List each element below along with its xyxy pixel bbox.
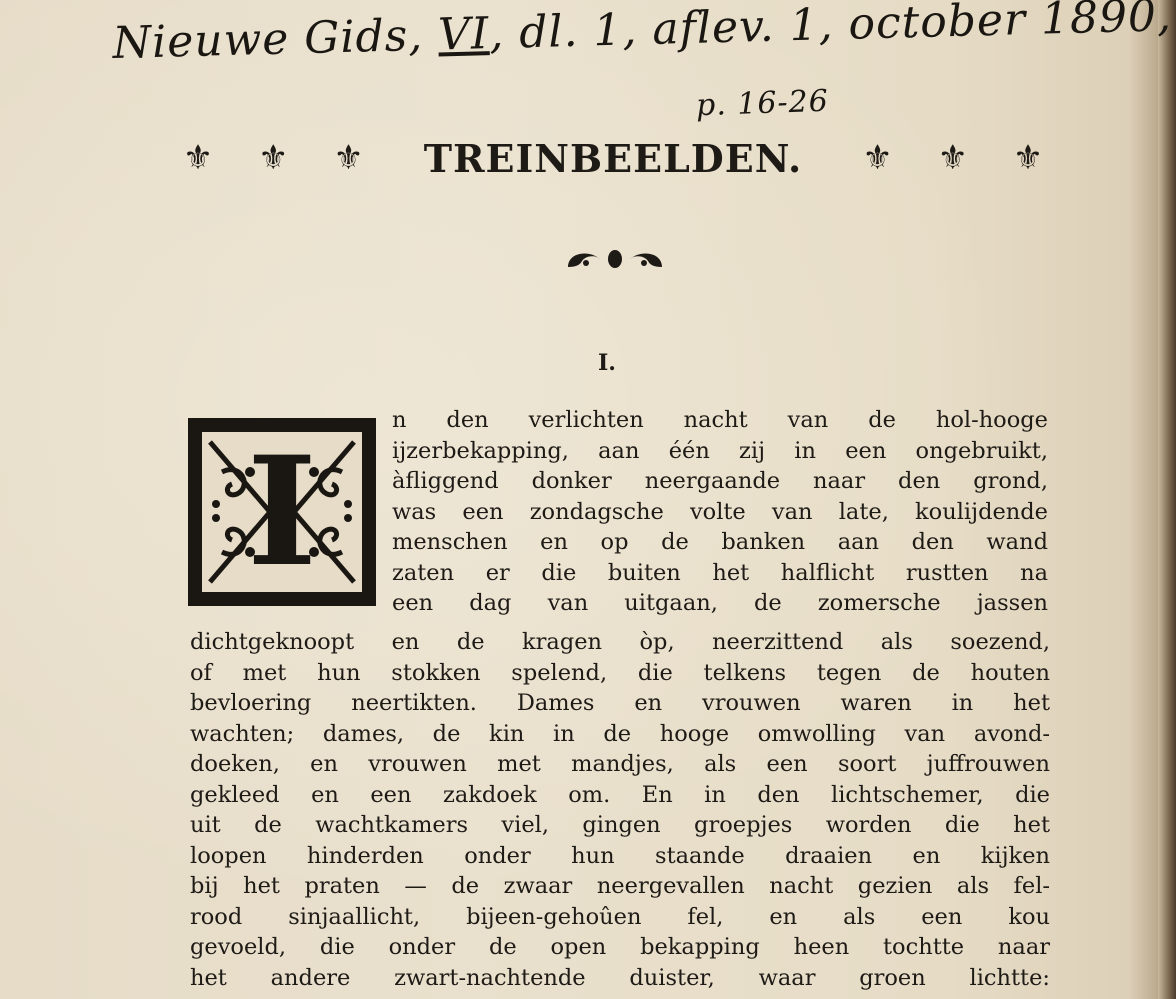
book-gutter-shadow <box>1158 0 1176 999</box>
text-line: zaten er die buiten het halflicht rustte… <box>392 558 1048 589</box>
text-line: n den verlichten nacht van de hol-hooge <box>392 405 1048 436</box>
text-line: ijzerbekapping, aan één zij in een ongeb… <box>392 436 1048 467</box>
text-line: wachten; dames, de kin in de hooge omwol… <box>190 719 1050 750</box>
fleur-de-lis-icon: ⚜ <box>933 141 973 175</box>
text-line: was een zondagsche volte van late, kouli… <box>392 497 1048 528</box>
drop-cap-frame: I <box>196 426 368 598</box>
title-row: ⚜ ⚜ ⚜ TREINBEELDEN. ⚜ ⚜ ⚜ <box>178 128 1048 188</box>
text-line: menschen en op de banken aan den wand <box>392 527 1048 558</box>
text-line: bevloering neertikten. Dames en vrouwen … <box>190 688 1050 719</box>
paragraph-indented-lines: n den verlichten nacht van de hol-hooge … <box>392 405 1048 619</box>
drop-cap-letter: I <box>247 437 317 587</box>
fleur-de-lis-icon: ⚜ <box>1008 141 1048 175</box>
text-line: loopen hinderden onder hun staande draai… <box>190 841 1050 872</box>
citation-journal: Nieuwe Gids, <box>112 9 439 69</box>
fleur-de-lis-icon: ⚜ <box>178 141 218 175</box>
text-line: dichtgeknoopt en de kragen òp, neerzitte… <box>190 627 1050 658</box>
section-number: I. <box>598 350 616 376</box>
text-line: gevoeld, die onder de open bekapping hee… <box>190 932 1050 963</box>
page-title: TREINBEELDEN. <box>424 136 803 181</box>
text-line: een dag van uitgaan, de zomersche jassen <box>392 588 1048 619</box>
citation-volume: VI <box>437 8 489 60</box>
text-line: bij het praten — de zwaar neergevallen n… <box>190 871 1050 902</box>
fleur-de-lis-icon: ⚜ <box>857 141 897 175</box>
text-line: doeken, en vrouwen met mandjes, als een … <box>190 749 1050 780</box>
citation-details: , dl. 1, aflev. 1, october 1890, <box>489 0 1173 59</box>
text-line: het andere zwart-nachtende duister, waar… <box>190 963 1050 994</box>
text-line: of met hun stokken spelend, die telkens … <box>190 658 1050 689</box>
drop-cap-initial: I <box>188 418 376 606</box>
handwritten-citation-line1: Nieuwe Gids, VI, dl. 1, aflev. 1, octobe… <box>112 0 1173 69</box>
text-line: gekleed en een zakdoek om. En in den lic… <box>190 780 1050 811</box>
text-line: uit de wachtkamers viel, gingen groepjes… <box>190 810 1050 841</box>
paragraph-full-lines: dichtgeknoopt en de kragen òp, neerzitte… <box>190 627 1050 993</box>
text-line: rood sinjaallicht, bijeen-gehoûen fel, e… <box>190 902 1050 933</box>
fleur-de-lis-icon: ⚜ <box>328 141 368 175</box>
fleur-de-lis-icon: ⚜ <box>253 141 293 175</box>
text-line: àfliggend donker neergaande naar den gro… <box>392 466 1048 497</box>
decorative-ornament-icon <box>566 245 664 273</box>
handwritten-citation-pages: p. 16-26 <box>695 84 829 124</box>
